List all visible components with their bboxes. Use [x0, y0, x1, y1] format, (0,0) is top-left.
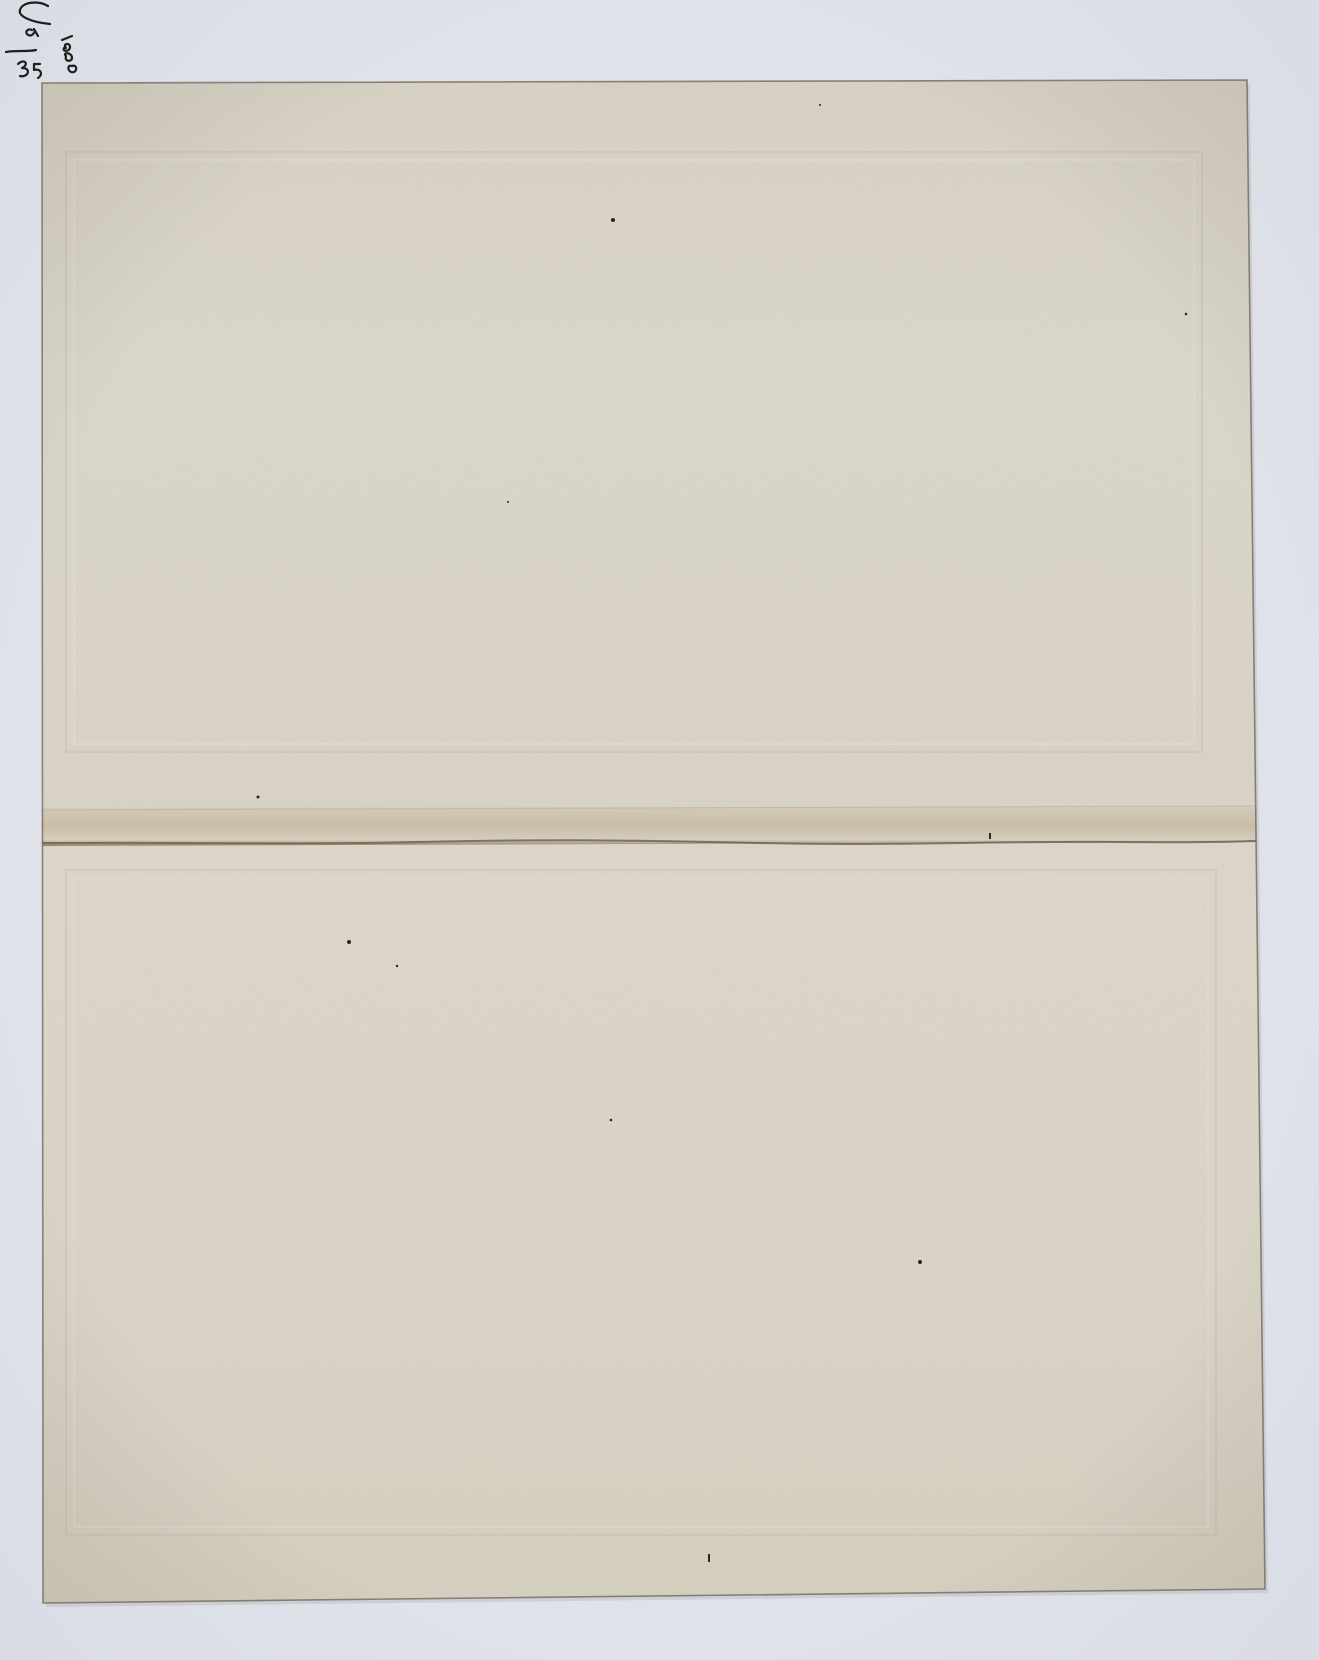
handwritten-annotation: Ca 1880 $35	[0, 0, 120, 110]
antique-folded-card: Ca 1880 $35	[0, 0, 1319, 1660]
